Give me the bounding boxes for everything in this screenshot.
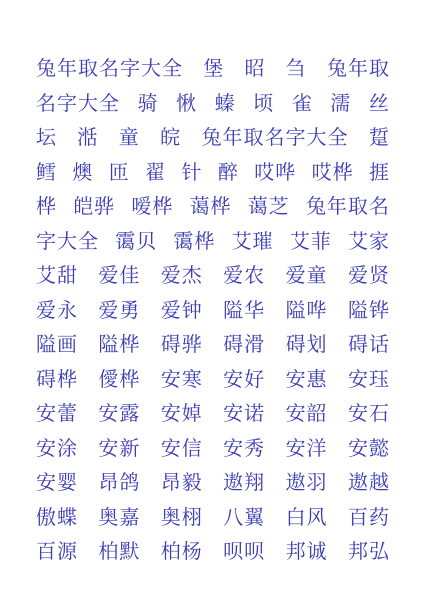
name-word: 碍骅 — [161, 328, 203, 363]
name-word: 隘铧 — [348, 294, 390, 329]
page: 兔年取名字大全堡昭刍兔年取名字大全骑愀螓顷雀濡丝坛湉童皖兔年取名字大全踅鳕燠匝翟… — [0, 0, 424, 600]
name-word: 柏杨 — [161, 535, 203, 570]
name-word: 奥栩 — [161, 501, 203, 536]
name-word: 遨羽 — [286, 466, 328, 501]
name-word: 邦诚 — [286, 535, 328, 570]
name-word: 踅 — [369, 121, 390, 156]
name-word: 濡 — [330, 87, 351, 122]
name-word: 皖 — [160, 121, 181, 156]
name-word: 隘画 — [36, 328, 78, 363]
name-word: 丝 — [369, 87, 390, 122]
text-line: 傲蝶奥嘉奥栩八翼白风百药 — [36, 501, 390, 536]
name-word: 白风 — [286, 501, 328, 536]
name-word: 螓 — [215, 87, 236, 122]
name-word: 鳕 — [36, 156, 57, 191]
name-word: 湉 — [77, 121, 98, 156]
name-word: 雀 — [292, 87, 313, 122]
name-word: 兔年取名字大全 — [36, 52, 183, 87]
name-word: 燠 — [72, 156, 93, 191]
text-line: 鳕燠匝翟针醉哎哗哎桦捱 — [36, 156, 390, 191]
name-word: 字大全 — [36, 225, 99, 260]
name-word: 皑骅 — [73, 190, 115, 225]
name-word: 柏默 — [98, 535, 140, 570]
name-word: 安石 — [348, 397, 390, 432]
name-word: 安秀 — [223, 432, 265, 467]
name-word: 桦 — [36, 190, 57, 225]
name-word: 蔼芝 — [248, 190, 290, 225]
text-line: 碍桦僾桦安寒安好安惠安珏 — [36, 363, 390, 398]
name-word: 艾璀 — [232, 225, 274, 260]
text-line: 桦皑骅嗳桦蔼桦蔼芝兔年取名 — [36, 190, 390, 225]
name-word: 哎桦 — [312, 156, 354, 191]
name-word: 名字大全 — [36, 87, 120, 122]
name-word: 安洋 — [286, 432, 328, 467]
name-word: 堡 — [203, 52, 224, 87]
name-word: 爱杰 — [161, 259, 203, 294]
name-word: 遨翔 — [223, 466, 265, 501]
name-word: 碍话 — [348, 328, 390, 363]
name-word: 捱 — [369, 156, 390, 191]
name-word: 蔼桦 — [190, 190, 232, 225]
name-word: 昂鸽 — [98, 466, 140, 501]
name-word: 昭 — [245, 52, 266, 87]
name-word: 骑 — [138, 87, 159, 122]
name-word: 嗳桦 — [131, 190, 173, 225]
name-word: 安珏 — [348, 363, 390, 398]
name-word: 安好 — [223, 363, 265, 398]
name-word: 隘桦 — [98, 328, 140, 363]
name-word: 百源 — [36, 535, 78, 570]
text-line: 安涂安新安信安秀安洋安懿 — [36, 432, 390, 467]
text-line: 兔年取名字大全堡昭刍兔年取 — [36, 52, 390, 87]
name-word: 顷 — [253, 87, 274, 122]
name-word: 匝 — [109, 156, 130, 191]
name-word: 醉 — [218, 156, 239, 191]
text-line: 字大全霭贝霭桦艾璀艾菲艾家 — [36, 225, 390, 260]
name-word: 安韶 — [286, 397, 328, 432]
text-line: 隘画隘桦碍骅碍滑碍划碍话 — [36, 328, 390, 363]
name-word: 昂毅 — [161, 466, 203, 501]
name-word: 安涂 — [36, 432, 78, 467]
name-word: 艾菲 — [290, 225, 332, 260]
name-word: 奥嘉 — [98, 501, 140, 536]
text-line: 爱永爱勇爱钟隘华隘哗隘铧 — [36, 294, 390, 329]
text-line: 安婴昂鸽昂毅遨翔遨羽遨越 — [36, 466, 390, 501]
name-word: 碍桦 — [36, 363, 78, 398]
text-line: 百源柏默柏杨呗呗邦诚邦弘 — [36, 535, 390, 570]
name-word: 爱勇 — [98, 294, 140, 329]
name-word: 兔年取 — [327, 52, 390, 87]
name-word: 安信 — [161, 432, 203, 467]
name-word: 针 — [182, 156, 203, 191]
name-word: 安婥 — [161, 397, 203, 432]
name-word: 碍滑 — [223, 328, 265, 363]
name-word: 霭桦 — [173, 225, 215, 260]
name-word: 艾甜 — [36, 259, 78, 294]
name-list: 兔年取名字大全堡昭刍兔年取名字大全骑愀螓顷雀濡丝坛湉童皖兔年取名字大全踅鳕燠匝翟… — [36, 52, 390, 570]
name-word: 安懿 — [348, 432, 390, 467]
name-word: 爱农 — [223, 259, 265, 294]
name-word: 爱童 — [286, 259, 328, 294]
name-word: 傲蝶 — [36, 501, 78, 536]
name-word: 隘华 — [223, 294, 265, 329]
name-word: 八翼 — [223, 501, 265, 536]
name-word: 愀 — [176, 87, 197, 122]
name-word: 僾桦 — [98, 363, 140, 398]
name-word: 呗呗 — [223, 535, 265, 570]
text-line: 名字大全骑愀螓顷雀濡丝 — [36, 87, 390, 122]
name-word: 安露 — [98, 397, 140, 432]
name-word: 爱永 — [36, 294, 78, 329]
name-word: 邦弘 — [348, 535, 390, 570]
name-word: 隘哗 — [286, 294, 328, 329]
name-word: 兔年取名 — [306, 190, 390, 225]
name-word: 艾家 — [348, 225, 390, 260]
name-word: 碍划 — [286, 328, 328, 363]
name-word: 爱钟 — [161, 294, 203, 329]
text-line: 安蕾安露安婥安诺安韶安石 — [36, 397, 390, 432]
text-line: 艾甜爱佳爱杰爱农爱童爱贤 — [36, 259, 390, 294]
name-word: 安诺 — [223, 397, 265, 432]
name-word: 翟 — [145, 156, 166, 191]
name-word: 童 — [119, 121, 140, 156]
text-line: 坛湉童皖兔年取名字大全踅 — [36, 121, 390, 156]
name-word: 遨越 — [348, 466, 390, 501]
name-word: 百药 — [348, 501, 390, 536]
name-word: 兔年取名字大全 — [202, 121, 349, 156]
name-word: 爱贤 — [348, 259, 390, 294]
name-word: 爱佳 — [98, 259, 140, 294]
name-word: 安寒 — [161, 363, 203, 398]
name-word: 安惠 — [286, 363, 328, 398]
name-word: 刍 — [286, 52, 307, 87]
name-word: 霭贝 — [115, 225, 157, 260]
name-word: 安婴 — [36, 466, 78, 501]
name-word: 哎哗 — [254, 156, 296, 191]
name-word: 安蕾 — [36, 397, 78, 432]
name-word: 安新 — [98, 432, 140, 467]
name-word: 坛 — [36, 121, 57, 156]
